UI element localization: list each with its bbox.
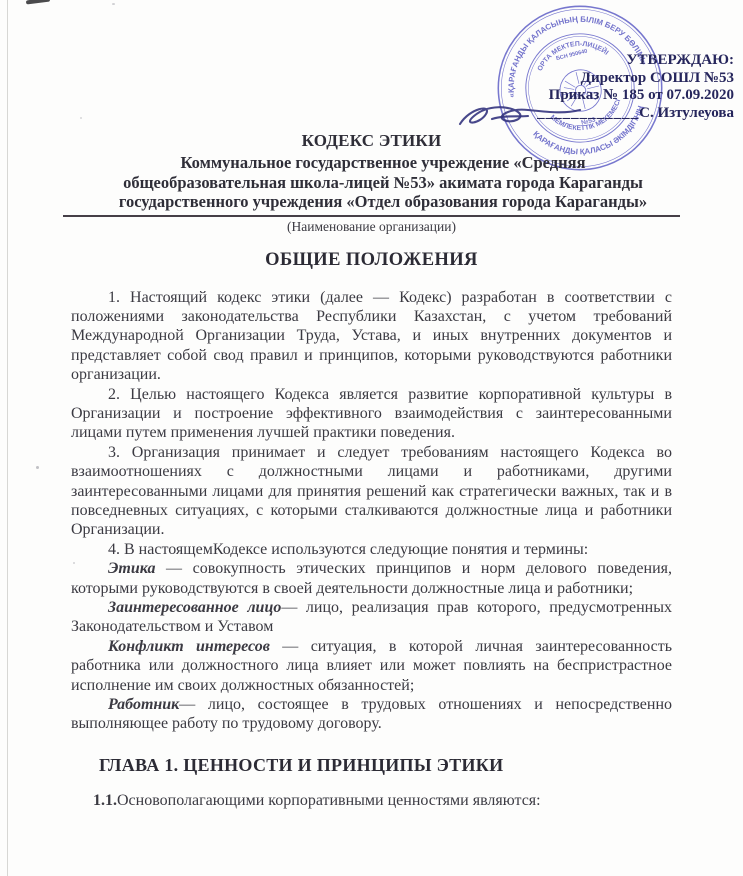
definition-term: Этика bbox=[108, 560, 155, 577]
definition-term: Заинтересованное лицо bbox=[108, 599, 281, 616]
handwritten-signature bbox=[452, 94, 612, 136]
definition-term: Конфликт интересов bbox=[108, 638, 270, 655]
approval-approve-label: УТВЕРЖДАЮ: bbox=[537, 52, 734, 70]
definition-conflict-of-interest: Конфликт интересов — ситуация, в которой… bbox=[71, 637, 672, 695]
item-number: 1.1. bbox=[93, 792, 117, 809]
paragraph-4: 4. В настоящемКодексе используются следу… bbox=[71, 540, 672, 559]
definition-ethics: Этика — совокупность этических принципов… bbox=[71, 559, 672, 598]
item-1-1: 1.1.Основополагающими корпоративными цен… bbox=[93, 791, 672, 810]
organization-name-line: государственного учреждения «Отдел образ… bbox=[71, 192, 695, 212]
organization-name-line: общеобразовательная школа-лицей №53» аки… bbox=[71, 173, 695, 193]
item-text: Основополагающими корпоративными ценност… bbox=[117, 792, 541, 809]
organization-name: Коммунальное государственное учреждение … bbox=[71, 153, 695, 212]
definition-employee: Работник— лицо, состоящее в трудовых отн… bbox=[71, 695, 672, 734]
paragraph-3: 3. Организация принимает и следует требо… bbox=[71, 443, 672, 540]
org-underline-rule bbox=[63, 215, 680, 217]
definition-stakeholder: Заинтересованное лицо— лицо, реализация … bbox=[71, 598, 672, 637]
section-heading-general-provisions: ОБЩИЕ ПОЛОЖЕНИЯ bbox=[71, 250, 672, 271]
definition-term: Работник bbox=[108, 696, 179, 713]
org-name-caption: (Наименование организации) bbox=[71, 219, 672, 235]
paragraph-1: 1. Настоящий кодекс этики (далее — Кодек… bbox=[71, 288, 672, 385]
paragraph-2: 2. Целью настоящего Кодекса является раз… bbox=[71, 385, 672, 443]
approval-director-line: Директор СОШЛ №53 bbox=[537, 70, 734, 88]
chapter-1-heading: ГЛАВА 1. ЦЕННОСТИ И ПРИНЦИПЫ ЭТИКИ bbox=[99, 755, 672, 776]
signer-name: С. Изтулеуова bbox=[639, 105, 734, 121]
organization-name-line: Коммунальное государственное учреждение … bbox=[71, 153, 695, 173]
document-page: «ҚАРАҒАНДЫ ҚАЛАСЫНЫҢ БІЛІМ БЕРУ БӨЛІМІ» … bbox=[0, 0, 743, 876]
definition-text: — совокупность этических принципов и нор… bbox=[71, 560, 672, 596]
